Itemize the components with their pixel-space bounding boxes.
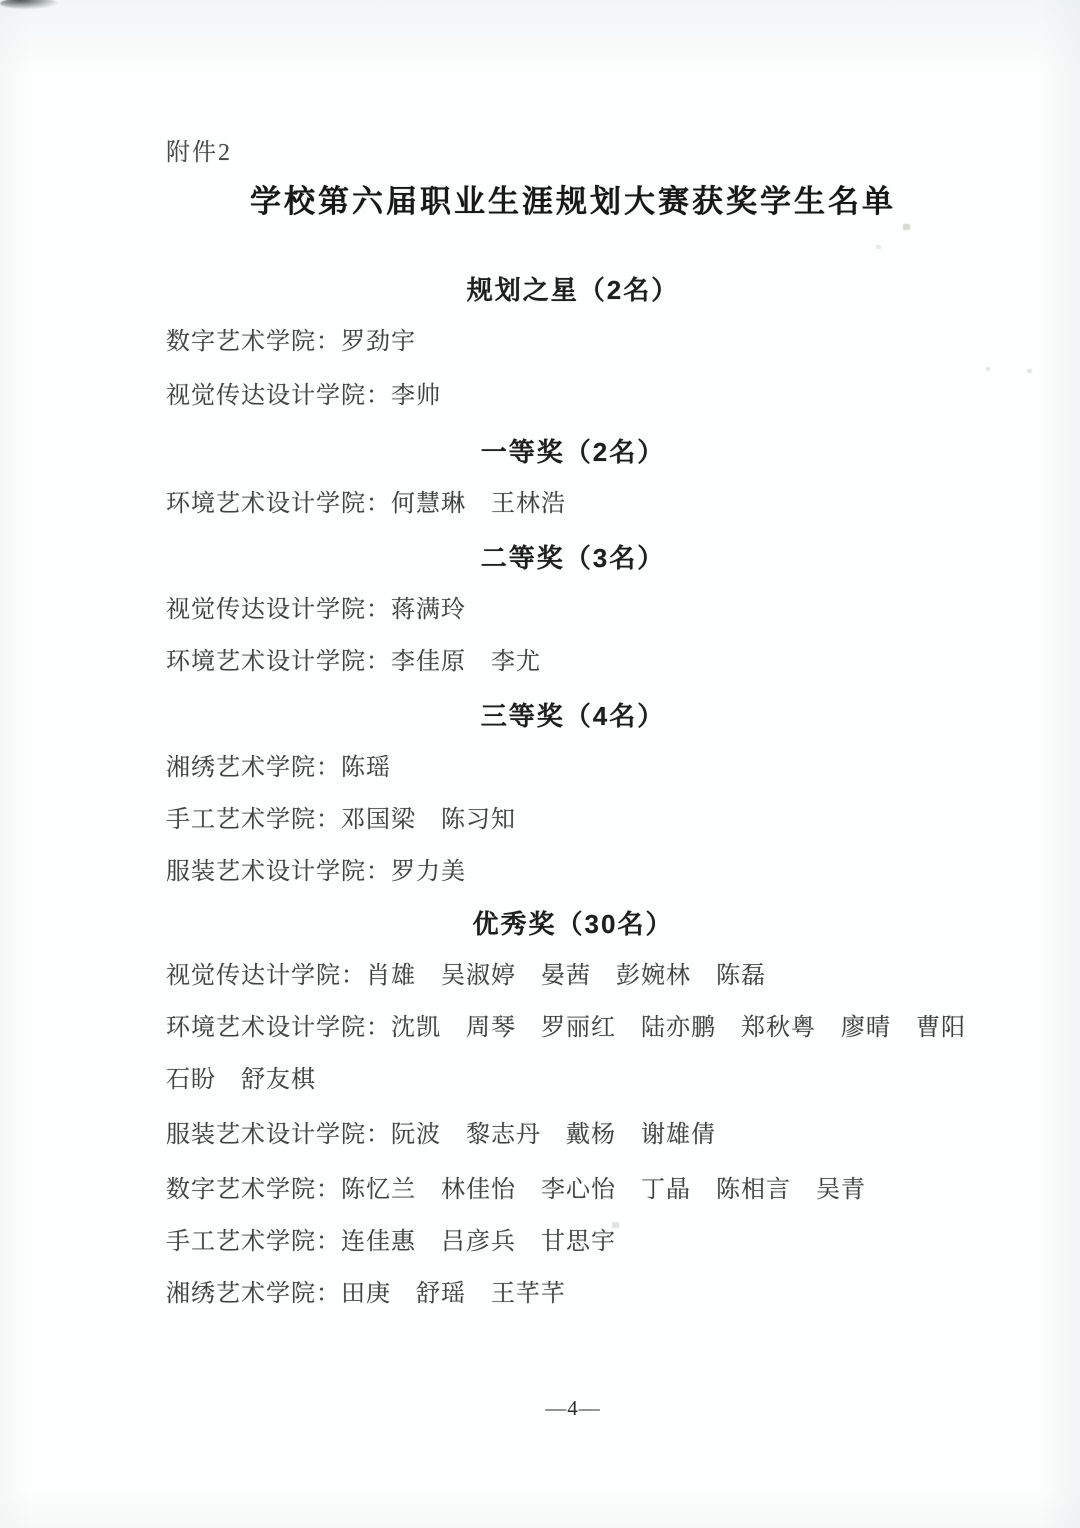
- award-line: 视觉传达设计学院：蒋满玲: [166, 596, 466, 624]
- scan-artifact: [986, 367, 990, 371]
- section-heading-first-prize: 一等奖（2名）: [166, 436, 980, 468]
- award-line: 环境艺术设计学院：沈凯 周琴 罗丽红 陆亦鹏 郑秋粤 廖晴 曹阳: [166, 1014, 966, 1042]
- scan-artifact: [876, 245, 881, 249]
- award-line: 数字艺术学院：罗劲宇: [166, 328, 416, 356]
- scan-smudge: [0, 0, 58, 9]
- section-heading-excellence-award: 优秀奖（30名）: [166, 908, 980, 940]
- award-line: 湘绣艺术学院：田庚 舒瑶 王芊芊: [166, 1280, 566, 1308]
- page-number: —4—: [166, 1396, 980, 1421]
- attachment-label: 附件2: [166, 132, 232, 167]
- award-line: 环境艺术设计学院：李佳原 李尤: [166, 648, 541, 676]
- section-heading-second-prize: 二等奖（3名）: [166, 542, 980, 574]
- section-heading-planning-star: 规划之星（2名）: [166, 274, 980, 306]
- scan-artifact: [1027, 369, 1032, 373]
- award-line: 环境艺术设计学院：何慧琳 王林浩: [166, 490, 566, 518]
- award-line: 服装艺术设计学院：阮波 黎志丹 戴杨 谢雄倩: [166, 1121, 716, 1149]
- award-line: 服装艺术设计学院：罗力美: [166, 858, 466, 886]
- section-heading-third-prize: 三等奖（4名）: [166, 700, 980, 732]
- award-line-continuation: 石盼 舒友棋: [166, 1066, 316, 1094]
- award-line: 手工艺术学院：连佳惠 吕彦兵 甘思宇: [166, 1228, 616, 1256]
- document-title: 学校第六届职业生涯规划大赛获奖学生名单: [166, 182, 980, 222]
- scan-artifact: [903, 224, 910, 230]
- document-page: 附件2 学校第六届职业生涯规划大赛获奖学生名单 规划之星（2名） 数字艺术学院：…: [0, 0, 1080, 1528]
- award-line: 手工艺术学院：邓国梁 陈习知: [166, 806, 516, 834]
- award-line: 数字艺术学院：陈忆兰 林佳怡 李心怡 丁晶 陈相言 吴青: [166, 1176, 866, 1204]
- award-line: 视觉传达设计学院：李帅: [166, 382, 441, 410]
- award-line: 湘绣艺术学院：陈瑶: [166, 754, 391, 782]
- award-line: 视觉传达计学院：肖雄 吴淑婷 晏茜 彭婉林 陈磊: [166, 962, 766, 990]
